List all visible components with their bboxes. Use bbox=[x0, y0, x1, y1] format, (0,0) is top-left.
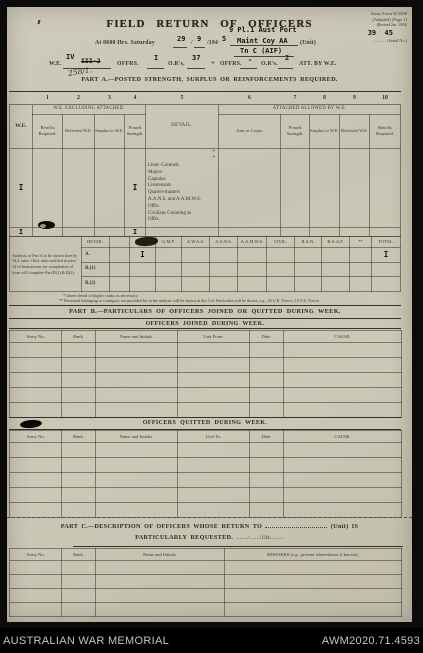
empty-cell bbox=[62, 458, 96, 473]
table-row bbox=[10, 388, 402, 403]
empty-cell bbox=[210, 277, 238, 292]
empty-cell bbox=[178, 473, 250, 488]
part-c-header-row: Army No. Rank. Name and Initials. REMARK… bbox=[10, 549, 402, 561]
empty-cell bbox=[284, 373, 402, 388]
col-number: 4 bbox=[125, 94, 146, 104]
we-label: W.E. bbox=[49, 61, 62, 67]
empty-cell bbox=[110, 277, 130, 292]
ors2-value: 2 bbox=[285, 54, 289, 62]
empty-cell bbox=[10, 473, 62, 488]
we-column-header: W.E. bbox=[10, 104, 33, 148]
empty-cell bbox=[350, 277, 372, 292]
empty-cell bbox=[219, 148, 281, 227]
blank-line bbox=[147, 68, 164, 69]
empty-cell bbox=[178, 388, 250, 403]
header-cause: CAUSE. bbox=[284, 431, 402, 443]
empty-cell bbox=[225, 603, 402, 617]
header-rank: Rank. bbox=[62, 331, 96, 343]
analysis-table: Analysis of Part A to be shown here by A… bbox=[9, 236, 401, 292]
empty-cell bbox=[130, 263, 156, 277]
empty-cell bbox=[110, 263, 130, 277]
analysis-aif-value: I bbox=[130, 248, 156, 263]
col-number: 10 bbox=[370, 94, 401, 104]
part-a-table: 1 2 3 4 5 6 7 8 9 10 W.E. W.E. EXCLUDING… bbox=[9, 94, 401, 237]
rule-heavy bbox=[9, 91, 401, 92]
empty-cell bbox=[110, 237, 130, 248]
empty-cell bbox=[225, 589, 402, 603]
empty-cell bbox=[10, 488, 62, 503]
empty-cell bbox=[156, 263, 182, 277]
att-by-we-label: ATT. BY W.E. bbox=[299, 61, 337, 67]
quitted-header-row: Army No. Rank. Name and Initials. Unit T… bbox=[10, 431, 402, 443]
empty-cell bbox=[10, 458, 62, 473]
empty-cell bbox=[210, 263, 238, 277]
analysis-header-total: TOTAL. bbox=[372, 237, 401, 248]
empty-cell bbox=[250, 403, 284, 418]
empty-cell bbox=[238, 263, 267, 277]
empty-cell bbox=[96, 343, 178, 358]
empty-cell bbox=[96, 458, 178, 473]
footnote-2: ** Personnel belonging to a category not… bbox=[59, 298, 404, 303]
empty-cell bbox=[310, 148, 340, 227]
detail-column-header: DETAIL. bbox=[146, 104, 219, 148]
empty-cell bbox=[372, 263, 401, 277]
rank-label: Lieut.-Colonels bbox=[148, 163, 217, 170]
strength-body-row: I I * * Lieut.-Colonels Majors Captains … bbox=[10, 148, 401, 227]
plus-sign: + bbox=[211, 59, 215, 67]
empty-cell bbox=[182, 248, 210, 263]
empty-cell bbox=[350, 263, 372, 277]
blank-line bbox=[230, 45, 298, 46]
empty-cell bbox=[372, 277, 401, 292]
header-name-initials: Name and Initials. bbox=[96, 431, 178, 443]
offrs2-value: - bbox=[248, 56, 252, 64]
empty-cell bbox=[250, 458, 284, 473]
part-c-table: Army No. Rank. Name and Initials. REMARK… bbox=[9, 548, 402, 617]
analysis-header-aamws: A.A.M.W.S. bbox=[238, 237, 267, 248]
column-numbers-row: 1 2 3 4 5 6 7 8 9 10 bbox=[10, 94, 401, 104]
empty-cell bbox=[62, 343, 96, 358]
we-value-struck: III-2 bbox=[81, 57, 101, 65]
table-row bbox=[10, 473, 402, 488]
empty-cell bbox=[96, 473, 178, 488]
table-row bbox=[10, 561, 402, 575]
blank-line bbox=[278, 68, 293, 69]
table-row bbox=[10, 443, 402, 458]
analysis-row-label: A. bbox=[82, 248, 110, 263]
rank-label: Captains bbox=[148, 177, 217, 184]
unit-typed-line1: 9 Pl.1 Aust Port bbox=[229, 26, 296, 34]
part-c-title-pre: PART C.—DESCRIPTION OF OFFICERS WHOSE RE… bbox=[61, 523, 262, 530]
empty-cell bbox=[62, 589, 96, 603]
posted-strength-value: I bbox=[125, 148, 146, 227]
rank-label: Civilians Counting as Offrs. bbox=[148, 211, 217, 225]
table-row bbox=[10, 603, 402, 617]
table-row bbox=[10, 373, 402, 388]
part-c-date-blank: ......./......./194......... bbox=[236, 536, 283, 541]
header-army-no: Army No. bbox=[10, 431, 62, 443]
analysis-header-civil: CIVIL. bbox=[267, 237, 295, 248]
empty-cell bbox=[62, 603, 96, 617]
unit-typed-line2: Maint Coy AA bbox=[237, 37, 288, 45]
empty-cell bbox=[178, 358, 250, 373]
header-unit-from: Unit From. bbox=[178, 331, 250, 343]
part-c-title-line1: PART C.—DESCRIPTION OF OFFICERS WHOSE RE… bbox=[7, 522, 412, 530]
paper-damage-highlight bbox=[40, 224, 46, 228]
header-name-initials: Name and Initials. bbox=[96, 331, 178, 343]
empty-cell bbox=[96, 403, 178, 418]
header-rank: Rank. bbox=[62, 431, 96, 443]
perforation-line bbox=[7, 517, 412, 518]
empty-cell bbox=[210, 248, 238, 263]
empty-cell bbox=[284, 458, 402, 473]
empty-cell bbox=[284, 473, 402, 488]
offrs-value: I bbox=[154, 54, 158, 62]
analysis-header-gmp: G.M.P. bbox=[156, 237, 182, 248]
empty-cell bbox=[63, 148, 95, 227]
analysis-header-ran: R.A.N. bbox=[295, 237, 322, 248]
empty-cell bbox=[225, 561, 402, 575]
header-arm-or-corps: Arm or Corps. bbox=[219, 114, 281, 148]
rank-detail-cell: * * Lieut.-Colonels Majors Captains Lieu… bbox=[146, 148, 219, 227]
empty-cell bbox=[370, 148, 401, 227]
header-surplus-we: Surplus to W.E. bbox=[95, 114, 125, 148]
part-c-requested: PARTICULARLY REQUESTED. bbox=[135, 534, 233, 541]
empty-cell bbox=[62, 388, 96, 403]
unit-typed-line3: Tn C (AIF) bbox=[240, 47, 282, 55]
table-row bbox=[10, 589, 402, 603]
empty-cell bbox=[96, 589, 225, 603]
empty-cell bbox=[96, 443, 178, 458]
empty-cell bbox=[284, 403, 402, 418]
joined-header-row: Army No. Rank. Name and Initials. Unit F… bbox=[10, 331, 402, 343]
empty-cell bbox=[10, 403, 62, 418]
empty-cell bbox=[10, 358, 62, 373]
analysis-header-detail: DETAIL. bbox=[82, 237, 110, 248]
empty-cell bbox=[10, 94, 33, 104]
col-number: 3 bbox=[95, 94, 125, 104]
empty-cell bbox=[62, 373, 96, 388]
empty-cell bbox=[182, 263, 210, 277]
empty-cell bbox=[10, 373, 62, 388]
empty-cell bbox=[284, 388, 402, 403]
empty-cell bbox=[178, 458, 250, 473]
empty-cell bbox=[295, 263, 322, 277]
empty-cell bbox=[96, 561, 225, 575]
empty-cell bbox=[284, 358, 402, 373]
empty-cell bbox=[284, 443, 402, 458]
empty-cell bbox=[267, 263, 295, 277]
we-value-typed: IV bbox=[66, 53, 74, 61]
date-year-typed: 5 bbox=[222, 35, 226, 43]
table-row bbox=[10, 458, 402, 473]
archive-caption-bar: AUSTRALIAN WAR MEMORIAL AWM2020.71.4593 bbox=[0, 628, 423, 653]
empty-cell bbox=[62, 473, 96, 488]
empty-cell bbox=[178, 373, 250, 388]
header-reinfts-required-att: Rein'fts Required. bbox=[370, 114, 401, 148]
col-number: 9 bbox=[340, 94, 370, 104]
analysis-total-value: I bbox=[372, 248, 401, 263]
group-header-row: W.E. W.E. EXCLUDING ATTACHED. DETAIL. AT… bbox=[10, 104, 401, 114]
empty-cell bbox=[250, 488, 284, 503]
offrs2-label: OFFRS. bbox=[220, 61, 242, 67]
empty-cell bbox=[10, 443, 62, 458]
empty-cell bbox=[322, 277, 350, 292]
empty-cell bbox=[62, 443, 96, 458]
col-number: 6 bbox=[219, 94, 281, 104]
empty-cell bbox=[62, 358, 96, 373]
empty-cell bbox=[267, 277, 295, 292]
archive-name: AUSTRALIAN WAR MEMORIAL bbox=[3, 635, 169, 647]
empty-cell bbox=[96, 603, 225, 617]
header-date: Date. bbox=[250, 431, 284, 443]
date-day: 29 bbox=[177, 35, 185, 43]
ors-label: O.R's. bbox=[168, 61, 185, 67]
empty-cell bbox=[96, 503, 178, 518]
empty-cell bbox=[295, 248, 322, 263]
officers-quitted-title: OFFICERS QUITTED DURING WEEK. bbox=[9, 417, 401, 430]
ink-speck bbox=[38, 20, 41, 24]
blank-line bbox=[173, 47, 187, 48]
page-title: FIELD RETURN OF OFFICERS bbox=[77, 18, 342, 30]
ors-value: 37 bbox=[192, 54, 200, 62]
empty-cell bbox=[96, 388, 178, 403]
empty-cell bbox=[33, 148, 63, 227]
empty-cell bbox=[295, 277, 322, 292]
date-year-printed: /194 bbox=[207, 40, 218, 46]
empty-cell bbox=[10, 388, 62, 403]
table-row bbox=[10, 488, 402, 503]
header-remarks: REMARKS (e.g., present whereabouts if kn… bbox=[225, 549, 402, 561]
offrs-label: OFFRS. bbox=[117, 61, 139, 67]
empty-cell bbox=[250, 443, 284, 458]
analysis-header-raaf: R.A.A.F. bbox=[322, 237, 350, 248]
header-surplus-we-att: Surplus to W.E. bbox=[310, 114, 340, 148]
analysis-row-label: B.(1) bbox=[82, 263, 110, 277]
part-b-title: PART B.—PARTICULARS OF OFFICERS JOINED O… bbox=[9, 305, 401, 319]
group-header-excluding: W.E. EXCLUDING ATTACHED. bbox=[33, 104, 146, 114]
header-deficient-we-att: Deficient W.E. bbox=[340, 114, 370, 148]
rank-label: Lieutenants bbox=[148, 183, 217, 190]
empty-cell bbox=[182, 277, 210, 292]
header-reinfts-required: Rein'fts Required. bbox=[33, 114, 63, 148]
form-document: Army Form W.3008 (Adapted) (Page 1) (Rev… bbox=[7, 7, 412, 622]
header-deficient-we: Deficient W.E. bbox=[63, 114, 95, 148]
empty-cell bbox=[238, 277, 267, 292]
empty-cell bbox=[284, 343, 402, 358]
paper-damage-blob bbox=[38, 221, 55, 229]
empty-cell bbox=[250, 473, 284, 488]
empty-cell bbox=[96, 488, 178, 503]
scan-background: Army Form W.3008 (Adapted) (Page 1) (Rev… bbox=[0, 0, 423, 653]
empty-cell bbox=[10, 503, 62, 518]
empty-cell bbox=[250, 358, 284, 373]
part-a-title: PART A.—POSTED STRENGTH, SURPLUS OR REIN… bbox=[7, 76, 412, 83]
col-number: 2 bbox=[63, 94, 95, 104]
higher-rank-mark: * bbox=[148, 150, 217, 157]
empty-cell bbox=[178, 503, 250, 518]
analysis-header-row: Analysis of Part A to be shown here by A… bbox=[10, 237, 401, 248]
analysis-header-other: ** bbox=[350, 237, 372, 248]
empty-cell bbox=[62, 561, 96, 575]
rule-heavy bbox=[73, 546, 403, 547]
blank-line bbox=[187, 68, 205, 69]
table-row bbox=[10, 403, 402, 418]
empty-cell bbox=[62, 488, 96, 503]
col-number: 1 bbox=[33, 94, 63, 104]
rank-label: A.A.N.S. and A.A.M.W.S. Offrs. bbox=[148, 197, 217, 211]
header-posted-strength: Posted Strength. bbox=[125, 114, 146, 148]
empty-cell bbox=[130, 277, 156, 292]
empty-cell bbox=[62, 403, 96, 418]
analysis-header-aans: A.A.N.S. bbox=[210, 237, 238, 248]
empty-cell bbox=[156, 277, 182, 292]
col-number: 7 bbox=[281, 94, 310, 104]
empty-cell bbox=[178, 403, 250, 418]
empty-cell bbox=[284, 488, 402, 503]
ors2-label: O.R's. bbox=[261, 61, 278, 67]
empty-cell bbox=[10, 575, 62, 589]
empty-cell bbox=[156, 248, 182, 263]
empty-cell bbox=[350, 248, 372, 263]
officers-joined-table: Army No. Rank. Name and Initials. Unit F… bbox=[9, 330, 402, 418]
col-number: 8 bbox=[310, 94, 340, 104]
empty-cell bbox=[110, 248, 130, 263]
header-date: Date. bbox=[250, 331, 284, 343]
empty-cell bbox=[322, 263, 350, 277]
empty-cell bbox=[10, 603, 62, 617]
header-name-initials: Name and Initials. bbox=[96, 549, 225, 561]
empty-cell bbox=[284, 503, 402, 518]
empty-cell bbox=[96, 575, 225, 589]
empty-cell bbox=[10, 589, 62, 603]
empty-cell bbox=[238, 248, 267, 263]
empty-cell bbox=[95, 148, 125, 227]
empty-cell bbox=[96, 373, 178, 388]
empty-cell bbox=[62, 503, 96, 518]
empty-cell bbox=[10, 561, 62, 575]
table-row bbox=[10, 343, 402, 358]
higher-rank-mark: * bbox=[148, 156, 217, 163]
header-rank: Rank. bbox=[62, 549, 96, 561]
rank-label: Majors bbox=[148, 170, 217, 177]
empty-cell bbox=[62, 575, 96, 589]
analysis-row-label: B.(2) bbox=[82, 277, 110, 292]
empty-cell bbox=[281, 148, 310, 227]
date-slash1: / bbox=[191, 40, 193, 46]
empty-cell bbox=[250, 343, 284, 358]
empty-cell bbox=[10, 343, 62, 358]
empty-cell bbox=[250, 388, 284, 403]
header-unit-to: Unit To. bbox=[178, 431, 250, 443]
table-row bbox=[10, 503, 402, 518]
group-header-attached: ATTACHED ALLOWED BY W.E. bbox=[219, 104, 401, 114]
unit-blank bbox=[265, 522, 327, 528]
empty-cell bbox=[267, 248, 295, 263]
we-established-value: I bbox=[10, 148, 33, 227]
analysis-header-awas: A.W.A.S. bbox=[182, 237, 210, 248]
header-army-no: Army No. bbox=[10, 331, 62, 343]
officers-quitted-table: Army No. Rank. Name and Initials. Unit T… bbox=[9, 430, 402, 518]
rank-label: Quarter-masters bbox=[148, 190, 217, 197]
empty-cell bbox=[178, 343, 250, 358]
unit-label: (Unit) bbox=[300, 40, 316, 46]
empty-cell bbox=[340, 148, 370, 227]
empty-cell bbox=[322, 248, 350, 263]
analysis-note: Analysis of Part A to be shown here by A… bbox=[10, 237, 82, 292]
part-c-title-line2: PARTICULARLY REQUESTED. ......./......./… bbox=[7, 534, 412, 541]
empty-cell bbox=[250, 503, 284, 518]
blank-line bbox=[194, 47, 205, 48]
empty-cell bbox=[178, 488, 250, 503]
table-row bbox=[10, 575, 402, 589]
date-month: 9 bbox=[197, 35, 201, 43]
blank-line bbox=[240, 68, 257, 69]
col-number: 5 bbox=[146, 94, 219, 104]
empty-cell bbox=[250, 373, 284, 388]
header-cause: CAUSE. bbox=[284, 331, 402, 343]
officers-joined-title: OFFICERS JOINED DURING WEEK. bbox=[9, 319, 401, 329]
empty-cell bbox=[96, 358, 178, 373]
serial-number-line: ....../...... (Serial No.) bbox=[312, 38, 407, 43]
part-c-title-post: (Unit) IS bbox=[331, 523, 358, 530]
header-army-no: Army No. bbox=[10, 549, 62, 561]
table-row bbox=[10, 358, 402, 373]
header-posted-strength-att: Posted Strength. bbox=[281, 114, 310, 148]
empty-cell bbox=[225, 575, 402, 589]
archive-id: AWM2020.71.4593 bbox=[322, 635, 420, 647]
empty-cell bbox=[178, 443, 250, 458]
date-prefix: At 0600 Hrs. Saturday bbox=[95, 40, 155, 46]
